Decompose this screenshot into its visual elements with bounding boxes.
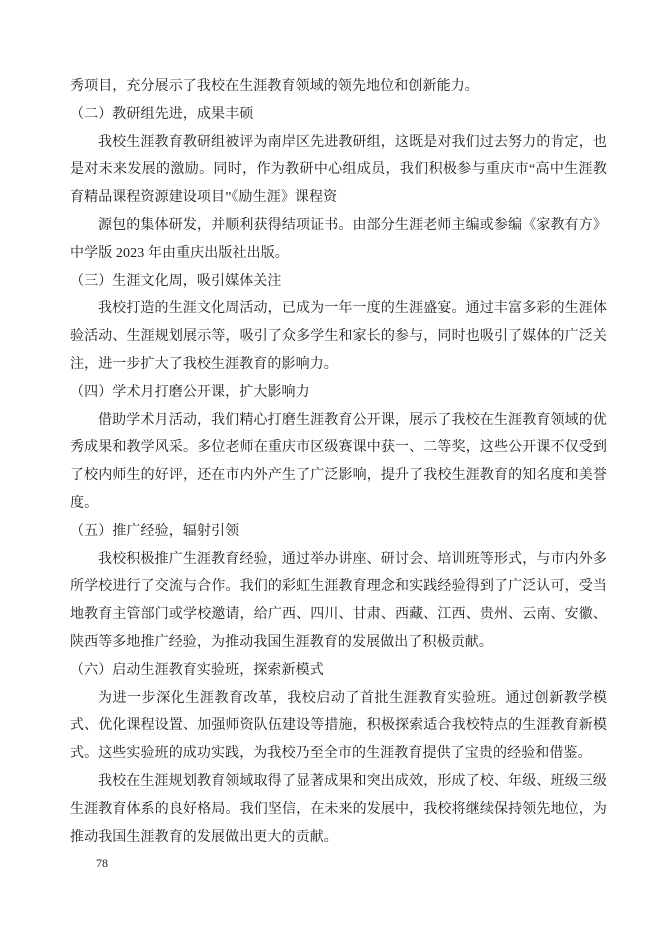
paragraph: 我校打造的生涯文化周活动，已成为一年一度的生涯盛宴。通过丰富多彩的生涯体验活动、… xyxy=(70,295,607,378)
section-heading: （三）生涯文化周，吸引媒体关注 xyxy=(70,268,607,296)
paragraph: 我校积极推广生涯教育经验，通过举办讲座、研讨会、培训班等形式，与市内外多所学校进… xyxy=(70,546,607,657)
page-number: 78 xyxy=(96,856,108,871)
paragraph: 秀项目，充分展示了我校在生涯教育领域的领先地位和创新能力。 xyxy=(70,73,607,101)
document-page: 秀项目，充分展示了我校在生涯教育领域的领先地位和创新能力。 （二）教研组先进，成… xyxy=(0,0,662,936)
paragraph: 我校在生涯规划教育领域取得了显著成果和突出成效，形成了校、年级、班级三级生涯教育… xyxy=(70,768,607,851)
section-heading: （六）启动生涯教育实验班，探索新模式 xyxy=(70,657,607,685)
paragraph: 我校生涯教育教研组被评为南岸区先进教研组，这既是对我们过去努力的肯定，也是对未来… xyxy=(70,129,607,212)
section-heading: （二）教研组先进，成果丰硕 xyxy=(70,101,607,129)
document-body: 秀项目，充分展示了我校在生涯教育领域的领先地位和创新能力。 （二）教研组先进，成… xyxy=(70,73,607,851)
paragraph: 为进一步深化生涯教育改革，我校启动了首批生涯教育实验班。通过创新教学模式、优化课… xyxy=(70,685,607,768)
section-heading: （四）学术月打磨公开课，扩大影响力 xyxy=(70,379,607,407)
paragraph: 借助学术月活动，我们精心打磨生涯教育公开课，展示了我校在生涯教育领域的优秀成果和… xyxy=(70,407,607,518)
section-heading: （五）推广经验，辐射引领 xyxy=(70,518,607,546)
paragraph: 源包的集体研发，并顺利获得结项证书。由部分生涯老师主编或参编《家教有方》中学版 … xyxy=(70,212,607,268)
